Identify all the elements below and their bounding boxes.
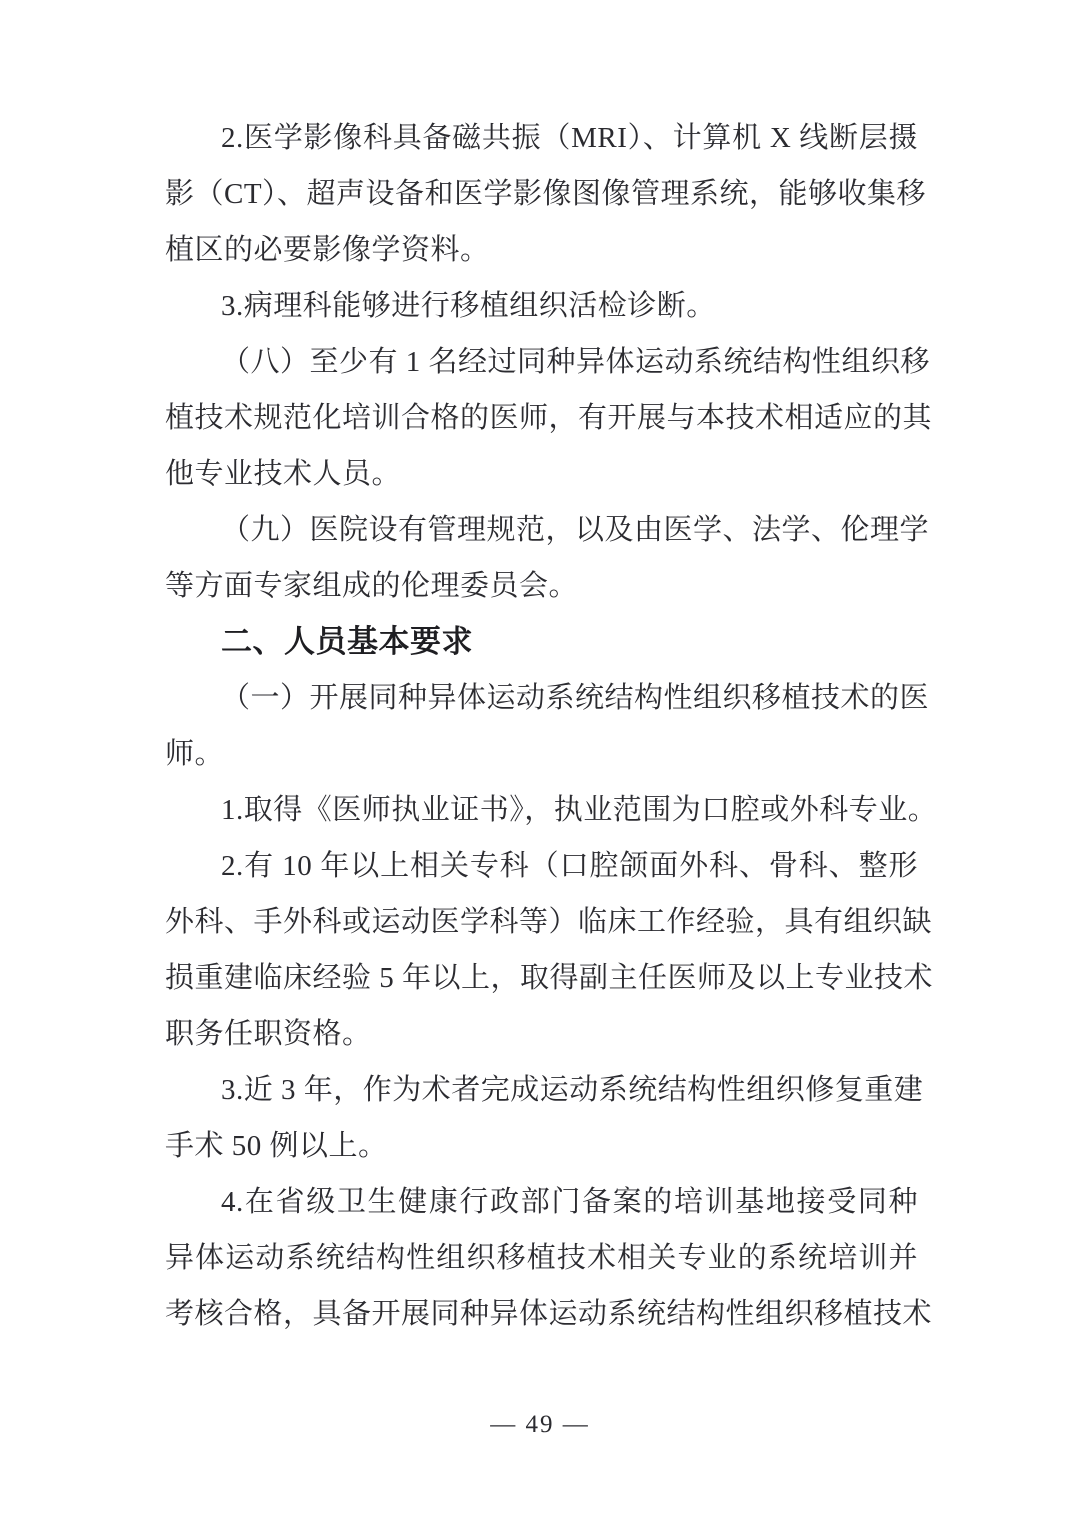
page-footer: — 49 — [0,1408,1080,1442]
text-line: 等方面专家组成的伦理委员会。 [165,558,918,614]
text-line: 2.有 10 年以上相关专科（口腔颌面外科、骨科、整形 [165,838,918,894]
text-line: （一）开展同种异体运动系统结构性组织移植技术的医 [165,670,918,726]
document-body: 2.医学影像科具备磁共振（MRI）、计算机 X 线断层摄影（CT）、超声设备和医… [165,110,918,1342]
text-line: 损重建临床经验 5 年以上，取得副主任医师及以上专业技术 [165,950,918,1006]
text-line: 师。 [165,726,918,782]
document-page: 2.医学影像科具备磁共振（MRI）、计算机 X 线断层摄影（CT）、超声设备和医… [0,0,1080,1526]
text-line: （九）医院设有管理规范，以及由医学、法学、伦理学 [165,502,918,558]
text-line: 考核合格，具备开展同种异体运动系统结构性组织移植技术 [165,1286,918,1342]
text-line: 手术 50 例以上。 [165,1118,918,1174]
text-line: 影（CT）、超声设备和医学影像图像管理系统，能够收集移 [165,166,918,222]
text-line: 外科、手外科或运动医学科等）临床工作经验，具有组织缺 [165,894,918,950]
text-line: 2.医学影像科具备磁共振（MRI）、计算机 X 线断层摄 [165,110,918,166]
text-line: 3.病理科能够进行移植组织活检诊断。 [165,278,918,334]
text-line: 职务任职资格。 [165,1006,918,1062]
text-line: （八）至少有 1 名经过同种异体运动系统结构性组织移 [165,334,918,390]
text-line: 植区的必要影像学资料。 [165,222,918,278]
page-number: — 49 — [490,1411,590,1438]
text-line: 1.取得《医师执业证书》，执业范围为口腔或外科专业。 [165,782,918,838]
text-line: 异体运动系统结构性组织移植技术相关专业的系统培训并 [165,1230,918,1286]
text-line: 植技术规范化培训合格的医师，有开展与本技术相适应的其 [165,390,918,446]
section-heading: 二、人员基本要求 [165,614,918,670]
text-line: 3.近 3 年，作为术者完成运动系统结构性组织修复重建 [165,1062,918,1118]
text-line: 他专业技术人员。 [165,446,918,502]
text-line: 4.在省级卫生健康行政部门备案的培训基地接受同种 [165,1174,918,1230]
